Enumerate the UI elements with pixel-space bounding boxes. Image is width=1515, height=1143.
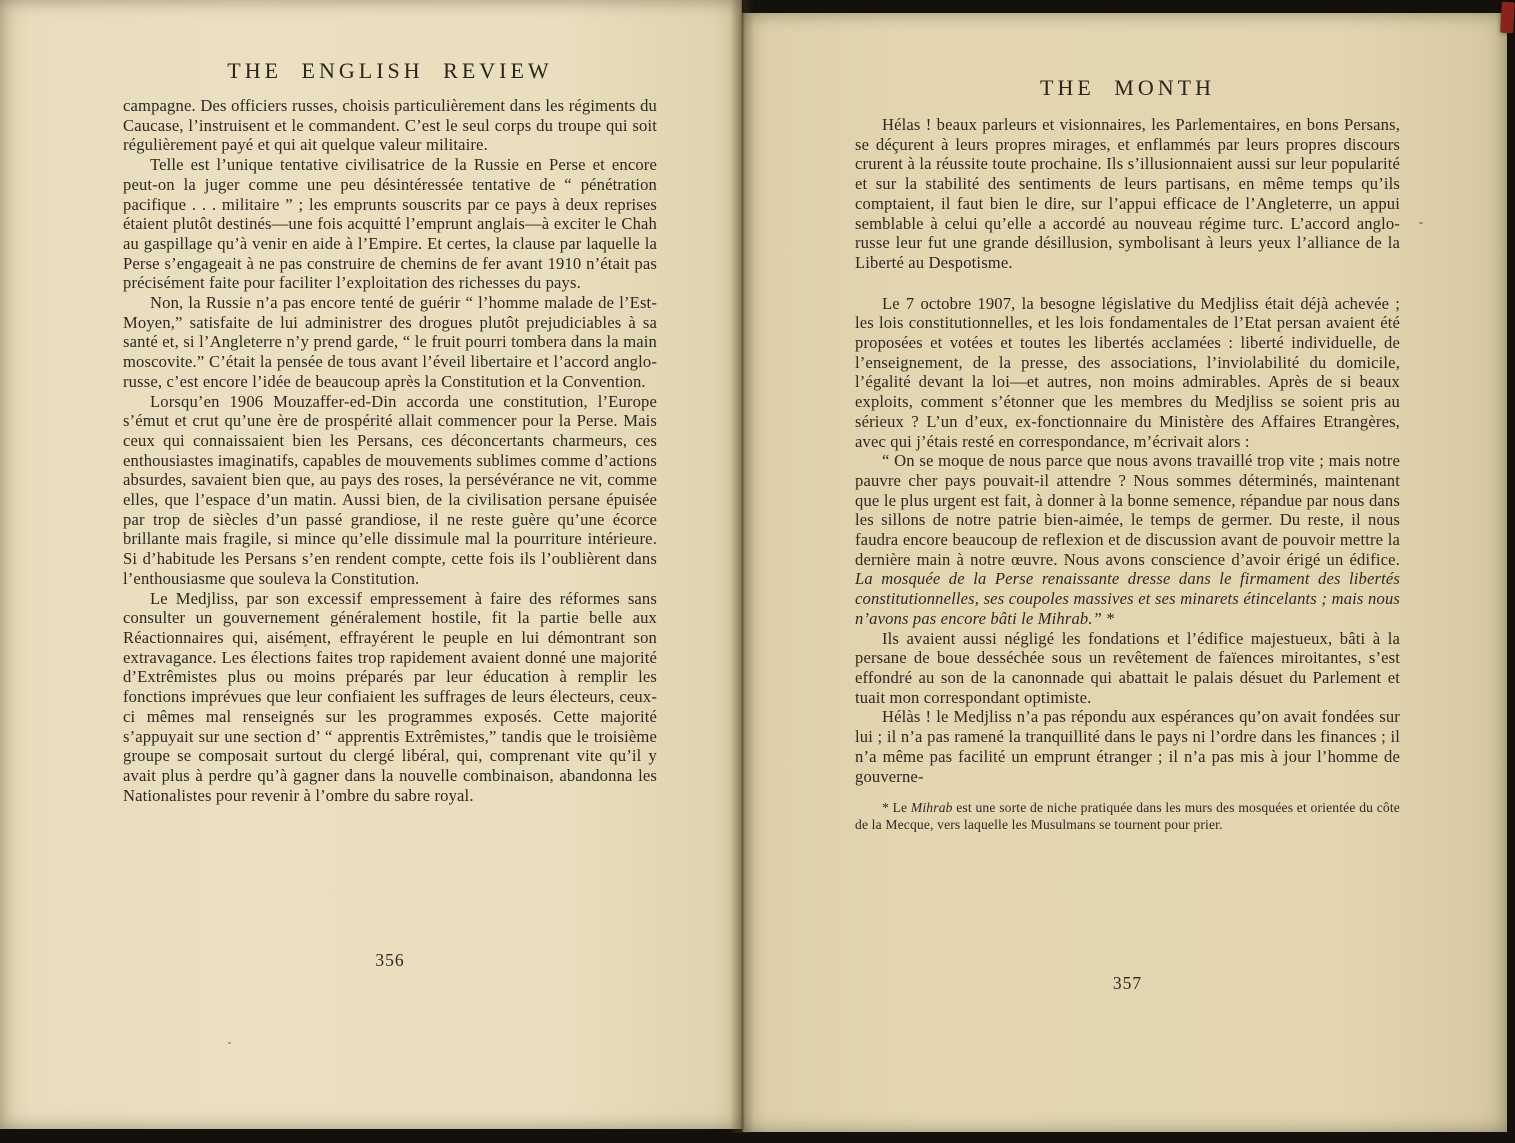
text-run: * Le (882, 800, 911, 815)
text-run: Non, la Russie n’a pas encore tenté de g… (123, 293, 657, 391)
paragraph: Hélàs ! le Medjliss n’a pas répondu aux … (855, 707, 1400, 786)
left-page-column: THE ENGLISH REVIEW campagne. Des officie… (123, 58, 657, 805)
footnote: * Le Mihrab est une sorte de niche prati… (855, 800, 1400, 833)
left-page-body: campagne. Des officiers russes, choisis … (123, 96, 657, 805)
red-corner-mark (1500, 2, 1515, 34)
paragraph: Telle est l’unique tentative civilisatri… (123, 155, 657, 293)
book-backdrop: THE ENGLISH REVIEW campagne. Des officie… (0, 0, 1515, 1143)
text-run: * (1102, 609, 1115, 628)
text-run: Telle est l’unique tentative civilisatri… (123, 155, 657, 292)
paragraph: campagne. Des officiers russes, choisis … (123, 96, 657, 155)
paragraph: Hélas ! beaux parleurs et visionnaires, … (855, 115, 1400, 273)
paragraph: “ On se moque de nous parce que nous avo… (855, 451, 1400, 628)
right-page-body: Hélas ! beaux parleurs et visionnaires, … (855, 115, 1400, 786)
text-run: Ils avaient aussi négligé les fondations… (855, 629, 1400, 707)
right-page-column: THE MONTH Hélas ! beaux parleurs et visi… (855, 75, 1400, 833)
page-number-right: 357 (855, 973, 1400, 994)
text-run: Lorsqu’en 1906 Mouzaffer-ed-Din accorda … (123, 392, 657, 588)
page-header-left: THE ENGLISH REVIEW (123, 58, 657, 84)
paragraph: Lorsqu’en 1906 Mouzaffer-ed-Din accorda … (123, 392, 657, 589)
right-page: THE MONTH Hélas ! beaux parleurs et visi… (742, 13, 1507, 1132)
page-header-right: THE MONTH (855, 75, 1400, 101)
italic-text-run: Mihrab (911, 800, 953, 815)
text-run: Hélàs ! le Medjliss n’a pas répondu aux … (855, 707, 1400, 785)
paragraph: Non, la Russie n’a pas encore tenté de g… (123, 293, 657, 392)
paragraph: Le 7 octobre 1907, la besogne législativ… (855, 294, 1400, 452)
text-run: “ On se moque de nous parce que nous avo… (855, 451, 1400, 569)
text-run: Hélas ! beaux parleurs et visionnaires, … (855, 115, 1400, 272)
paragraph: Le Medjliss, par son excessif empresseme… (123, 589, 657, 806)
paragraph: * Le Mihrab est une sorte de niche prati… (855, 800, 1400, 833)
page-number-left: 356 (123, 950, 657, 971)
paper-speck (304, 644, 307, 647)
paper-speck (228, 1042, 231, 1044)
book-gutter (730, 0, 754, 1133)
paper-speck (1419, 222, 1423, 224)
text-run: campagne. Des officiers russes, choisis … (123, 96, 657, 154)
text-run: Le 7 octobre 1907, la besogne législativ… (855, 294, 1400, 451)
paragraph: Ils avaient aussi négligé les fondations… (855, 629, 1400, 708)
italic-text-run: La mosquée de la Perse renaissante dress… (855, 569, 1400, 627)
left-page: THE ENGLISH REVIEW campagne. Des officie… (0, 0, 742, 1129)
text-run: Le Medjliss, par son excessif empresseme… (123, 589, 657, 805)
